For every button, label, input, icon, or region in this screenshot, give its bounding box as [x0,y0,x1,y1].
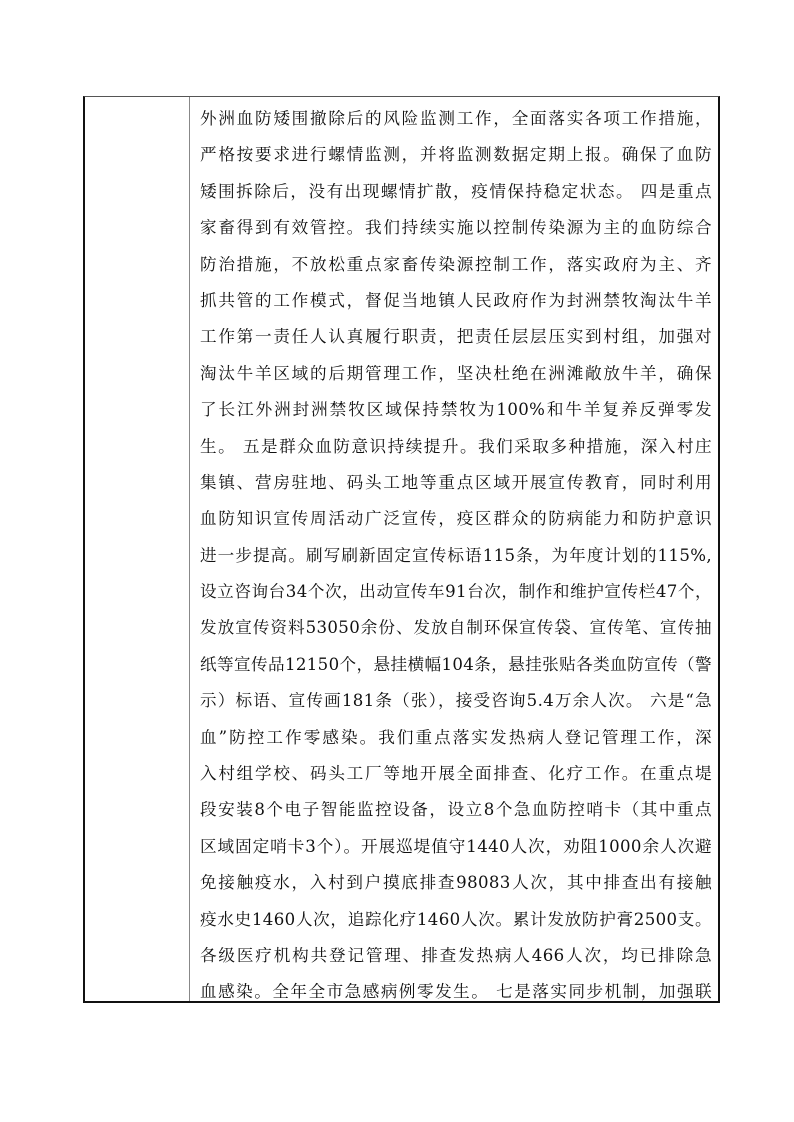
table-content-cell: 外洲血防矮围撤除后的风险监测工作，全面落实各项工作措施， 严格按要求进行螺情监测… [190,97,718,1001]
text-line: 血防知识宣传周活动广泛宣传，疫区群众的防病能力和防护意识 [200,501,712,537]
text-line: 纸等宣传品12150个，悬挂横幅104条，悬挂张贴各类血防宣传（警 [200,647,712,683]
text-line: 示）标语、宣传画181条（张），接受咨询5.4万余人次。 六是“急 [200,683,712,719]
text-line: 家畜得到有效管控。我们持续实施以控制传染源为主的血防综合 [200,210,712,246]
text-line: 发放宣传资料53050余份、发放自制环保宣传袋、宣传笔、宣传抽 [200,610,712,646]
text-line: 段安装8个电子智能监控设备，设立8个急血防控哨卡（其中重点 [200,792,712,828]
text-line: 了长江外洲封洲禁牧区域保持禁牧为100%和牛羊复养反弹零发 [200,392,712,428]
text-line: 进一步提高。刷写刷新固定宣传标语115条，为年度计划的115%, [200,538,712,574]
text-line: 集镇、营房驻地、码头工地等重点区域开展宣传教育，同时利用 [200,465,712,501]
text-line: 疫水史1460人次，追踪化疗1460人次。累计发放防护膏2500支。 [200,902,712,938]
table-label-cell [85,97,190,1001]
report-table: 外洲血防矮围撤除后的风险监测工作，全面落实各项工作措施， 严格按要求进行螺情监测… [83,96,720,1003]
text-line: 免接触疫水，入村到户摸底排查98083人次，其中排查出有接触 [200,865,712,901]
text-line: 防治措施，不放松重点家畜传染源控制工作，落实政府为主、齐 [200,247,712,283]
document-page: 外洲血防矮围撤除后的风险监测工作，全面落实各项工作措施， 严格按要求进行螺情监测… [0,0,794,1122]
text-line: 生。 五是群众血防意识持续提升。我们采取多种措施，深入村庄 [200,429,712,465]
text-line: 严格按要求进行螺情监测，并将监测数据定期上报。确保了血防 [200,137,712,173]
text-line: 各级医疗机构共登记管理、排查发热病人466人次，均已排除急 [200,938,712,974]
text-line: 区域固定哨卡3个）。开展巡堤值守1440人次，劝阻1000余人次避 [200,829,712,865]
text-line: 抓共管的工作模式，督促当地镇人民政府作为封洲禁牧淘汰牛羊 [200,283,712,319]
text-line: 设立咨询台34个次，出动宣传车91台次，制作和维护宣传栏47个， [200,574,712,610]
text-line: 外洲血防矮围撤除后的风险监测工作，全面落实各项工作措施， [200,101,712,137]
text-line: 入村组学校、码头工厂等地开展全面排查、化疗工作。在重点堤 [200,756,712,792]
text-line: 矮围拆除后，没有出现螺情扩散，疫情保持稳定状态。 四是重点 [200,174,712,210]
text-line: 淘汰牛羊区域的后期管理工作，坚决杜绝在洲滩敞放牛羊，确保 [200,356,712,392]
text-line: 工作第一责任人认真履行职责，把责任层层压实到村组，加强对 [200,319,712,355]
text-line: 血”防控工作零感染。我们重点落实发热病人登记管理工作，深 [200,720,712,756]
text-line: 血感染。全年全市急感病例零发生。 七是落实同步机制，加强联 [200,974,712,1010]
